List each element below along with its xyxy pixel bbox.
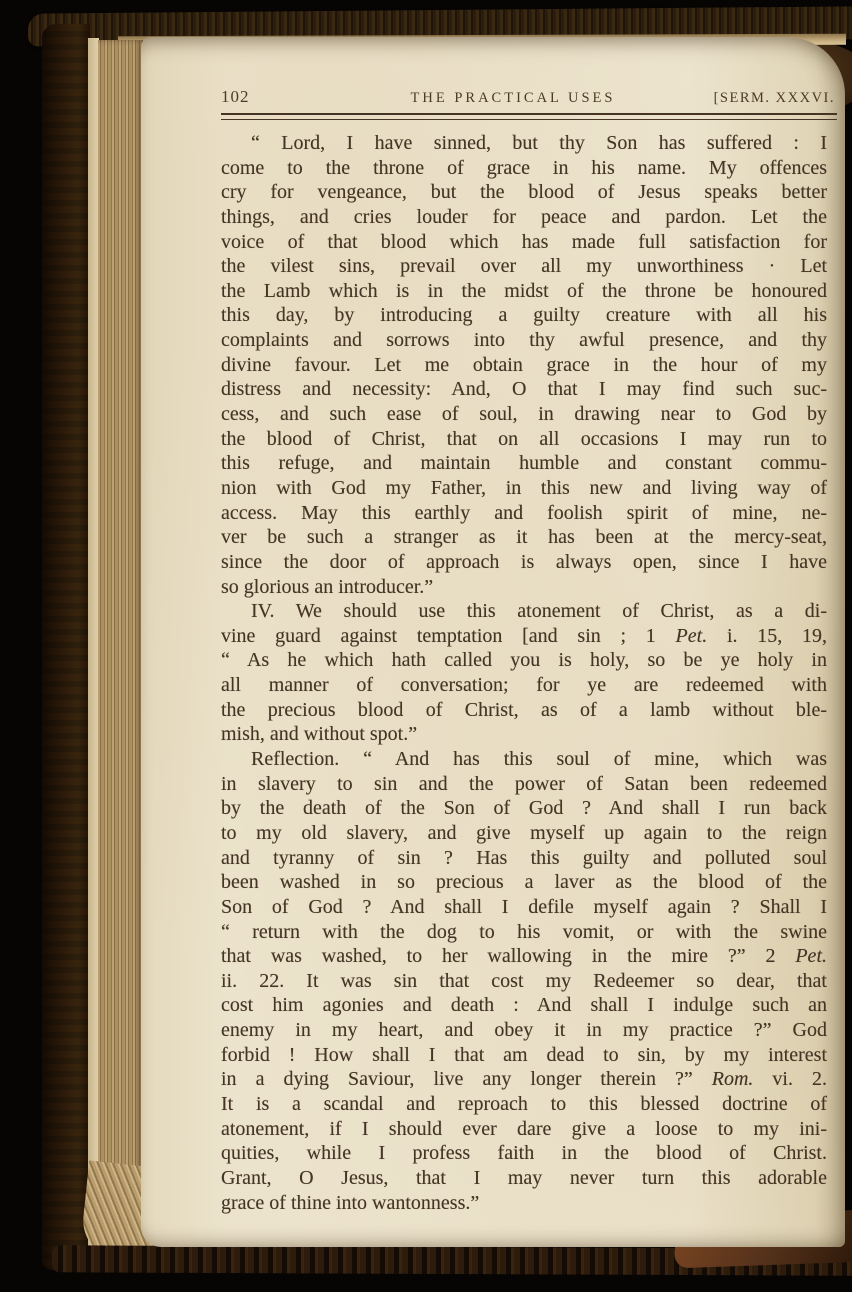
text-line: to my old slavery, and give myself up ag… [221,821,827,846]
header-rule [221,113,837,120]
text-line: nion with God my Father, in this new and… [221,476,827,501]
text-line: ver be such a stranger as it has been at… [221,525,827,550]
text-line: “ return with the dog to his vomit, or w… [221,920,827,945]
text-line: access. May this earthly and foolish spi… [221,501,827,526]
text-line: by the death of the Son of God ? And sha… [221,796,827,821]
text-line: so glorious an introducer.” [221,575,827,600]
page-number: 102 [221,87,341,107]
book-page: 102 THE PRACTICAL USES [SERM. XXXVI. “ L… [141,37,845,1247]
text-line: Reflection. “ And has this soul of mine,… [221,747,827,772]
text-line: Son of God ? And shall I defile myself a… [221,895,827,920]
text-line: the Lamb which is in the midst of the th… [221,279,827,304]
book-photo: 102 THE PRACTICAL USES [SERM. XXXVI. “ L… [0,0,852,1292]
text-line: things, and cries louder for peace and p… [221,205,827,230]
text-line: quities, while I profess faith in the bl… [221,1141,827,1166]
text-line: It is a scandal and reproach to this ble… [221,1092,827,1117]
text-line: in slavery to sin and the power of Satan… [221,772,827,797]
text-line: been washed in so precious a laver as th… [221,870,827,895]
text-line: “ As he which hath called you is holy, s… [221,648,827,673]
text-line: and tyranny of sin ? Has this guilty and… [221,846,827,871]
text-line: the vilest sins, prevail over all my unw… [221,254,827,279]
text-line: this refuge, and maintain humble and con… [221,451,827,476]
text-line: cry for vengeance, but the blood of Jesu… [221,180,827,205]
text-line: grace of thine into wantonness.” [221,1191,827,1216]
text-line: the precious blood of Christ, as of a la… [221,698,827,723]
paragraph: IV. We should use this atonement of Chri… [221,599,827,747]
text-line: the blood of Christ, that on all occasio… [221,427,827,452]
text-line: come to the throne of grace in his name.… [221,156,827,181]
text-line: since the door of approach is always ope… [221,550,827,575]
text-line: vine guard against temptation [and sin ;… [221,624,827,649]
book-cover-left-edge [42,24,90,1270]
text-line: this day, by introducing a guilty creatu… [221,303,827,328]
paragraph: “ Lord, I have sinned, but thy Son has s… [221,131,827,599]
text-line: that was washed, to her wallowing in the… [221,944,827,969]
text-line: voice of that blood which has made full … [221,230,827,255]
page-text: “ Lord, I have sinned, but thy Son has s… [221,131,827,1215]
page-fore-edge-stack [98,40,143,1248]
text-line: mish, and without spot.” [221,722,827,747]
paragraph: Reflection. “ And has this soul of mine,… [221,747,827,1215]
text-line: IV. We should use this atonement of Chri… [221,599,827,624]
text-line: “ Lord, I have sinned, but thy Son has s… [221,131,827,156]
page-header: 102 THE PRACTICAL USES [SERM. XXXVI. [221,87,835,107]
text-line: Grant, O Jesus, that I may never turn th… [221,1166,827,1191]
text-line: complaints and sorrows into thy awful pr… [221,328,827,353]
text-line: distress and necessity: And, O that I ma… [221,377,827,402]
text-line: atonement, if I should ever dare give a … [221,1117,827,1142]
text-line: cess, and such ease of soul, in drawing … [221,402,827,427]
text-line: cost him agonies and death : And shall I… [221,993,827,1018]
text-line: enemy in my heart, and obey it in my pra… [221,1018,827,1043]
text-line: all manner of conversation; for ye are r… [221,673,827,698]
text-line: forbid ! How shall I that am dead to sin… [221,1043,827,1068]
sermon-reference: [SERM. XXXVI. [685,90,835,107]
text-line: ii. 22. It was sin that cost my Redeemer… [221,969,827,994]
text-line: in a dying Saviour, live any longer ther… [221,1067,827,1092]
running-title: THE PRACTICAL USES [341,90,685,107]
text-line: divine favour. Let me obtain grace in th… [221,353,827,378]
